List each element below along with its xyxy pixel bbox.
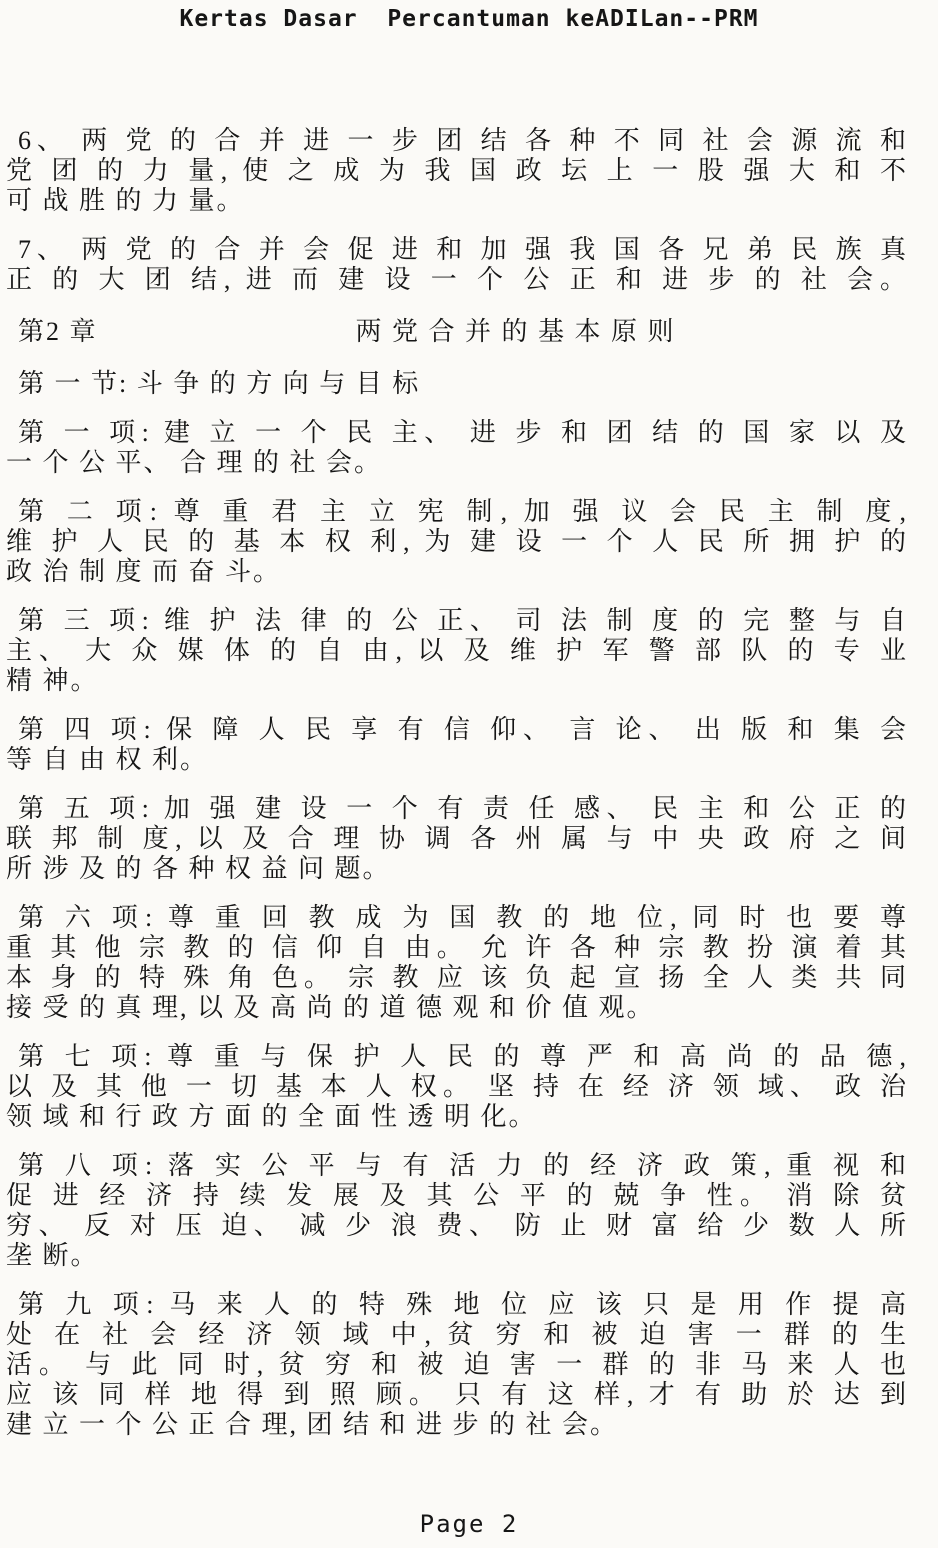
text-line: 党 团 的 力 量, 使 之 成 为 我 国 政 坛 上 一 股 强 大 和 不 bbox=[6, 156, 908, 186]
text-line: 维 护 人 民 的 基 本 权 利, 为 建 设 一 个 人 民 所 拥 护 的 bbox=[6, 527, 908, 557]
text-line: 重 其 他 宗 教 的 信 仰 自 由。 允 许 各 种 宗 教 扮 演 着 其 bbox=[6, 933, 908, 963]
text-line: 政 治 制 度 而 奋 斗。 bbox=[6, 557, 908, 587]
text-line: 第 五 项: 加 强 建 设 一 个 有 责 任 感、 民 主 和 公 正 的 bbox=[6, 794, 908, 824]
document-body: 6、 两 党 的 合 并 进 一 步 团 结 各 种 不 同 社 会 源 流 和… bbox=[0, 126, 938, 1440]
text-line: 以 及 其 他 一 切 基 本 人 权。 坚 持 在 经 济 领 域、 政 治 bbox=[6, 1072, 908, 1102]
principle-item-4: 第 四 项: 保 障 人 民 享 有 信 仰、 言 论、 出 版 和 集 会 等… bbox=[6, 715, 908, 775]
text-line: 联 邦 制 度, 以 及 合 理 协 调 各 州 属 与 中 央 政 府 之 间 bbox=[6, 824, 908, 854]
text-line: 促 进 经 济 持 续 发 展 及 其 公 平 的 兢 争 性。 消 除 贫 bbox=[6, 1181, 908, 1211]
text-line: 第 三 项: 维 护 法 律 的 公 正、 司 法 制 度 的 完 整 与 自 bbox=[6, 606, 908, 636]
text-line: 处 在 社 会 经 济 领 域 中, 贫 穷 和 被 迫 害 一 群 的 生 bbox=[6, 1320, 908, 1350]
text-line: 第 二 项: 尊 重 君 主 立 宪 制, 加 强 议 会 民 主 制 度, bbox=[6, 497, 908, 527]
document-title: Kertas Dasar Percantuman keADILan--PRM bbox=[0, 0, 938, 32]
text-line: 正 的 大 团 结, 进 而 建 设 一 个 公 正 和 进 步 的 社 会。 bbox=[6, 265, 908, 295]
text-line: 建 立 一 个 公 正 合 理, 团 结 和 进 步 的 社 会。 bbox=[6, 1410, 908, 1440]
text-line: 穷、 反 对 压 迫、 减 少 浪 费、 防 止 财 富 给 少 数 人 所 bbox=[6, 1211, 908, 1241]
text-line: 7、 两 党 的 合 并 会 促 进 和 加 强 我 国 各 兄 弟 民 族 真 bbox=[6, 235, 908, 265]
text-line: 第 六 项: 尊 重 回 教 成 为 国 教 的 地 位, 同 时 也 要 尊 bbox=[6, 903, 908, 933]
text-line: 领 域 和 行 政 方 面 的 全 面 性 透 明 化。 bbox=[6, 1102, 908, 1132]
text-line: 所 涉 及 的 各 种 权 益 问 题。 bbox=[6, 854, 908, 884]
principle-item-2: 第 二 项: 尊 重 君 主 立 宪 制, 加 强 议 会 民 主 制 度, 维… bbox=[6, 497, 908, 587]
principle-item-9: 第 九 项: 马 来 人 的 特 殊 地 位 应 该 只 是 用 作 提 高 处… bbox=[6, 1290, 908, 1440]
text-line: 一 个 公 平、 合 理 的 社 会。 bbox=[6, 448, 908, 478]
principle-item-5: 第 五 项: 加 强 建 设 一 个 有 责 任 感、 民 主 和 公 正 的 … bbox=[6, 794, 908, 884]
text-line: 6、 两 党 的 合 并 进 一 步 团 结 各 种 不 同 社 会 源 流 和 bbox=[6, 126, 908, 156]
text-line: 本 身 的 特 殊 角 色。 宗 教 应 该 负 起 宣 扬 全 人 类 共 同 bbox=[6, 963, 908, 993]
text-line: 第 七 项: 尊 重 与 保 护 人 民 的 尊 严 和 高 尚 的 品 德, bbox=[6, 1042, 908, 1072]
principle-item-1: 第 一 项: 建 立 一 个 民 主、 进 步 和 团 结 的 国 家 以 及 … bbox=[6, 418, 908, 478]
section-heading: 第 一 节: 斗 争 的 方 向 与 目 标 bbox=[6, 369, 908, 399]
text-line: 等 自 由 权 利。 bbox=[6, 745, 908, 775]
text-line: 精 神。 bbox=[6, 666, 908, 696]
text-line: 第 四 项: 保 障 人 民 享 有 信 仰、 言 论、 出 版 和 集 会 bbox=[6, 715, 908, 745]
text-line: 应 该 同 样 地 得 到 照 顾。 只 有 这 样, 才 有 助 於 达 到 bbox=[6, 1380, 908, 1410]
text-line: 第 八 项: 落 实 公 平 与 有 活 力 的 经 济 政 策, 重 视 和 bbox=[6, 1151, 908, 1181]
text-line: 主、 大 众 媒 体 的 自 由, 以 及 维 护 军 警 部 队 的 专 业 bbox=[6, 636, 908, 666]
merger-point-6: 6、 两 党 的 合 并 进 一 步 团 结 各 种 不 同 社 会 源 流 和… bbox=[6, 126, 908, 216]
text-line: 第 九 项: 马 来 人 的 特 殊 地 位 应 该 只 是 用 作 提 高 bbox=[6, 1290, 908, 1320]
chapter-number: 第2 章 bbox=[6, 317, 98, 347]
principle-item-6: 第 六 项: 尊 重 回 教 成 为 国 教 的 地 位, 同 时 也 要 尊 … bbox=[6, 903, 908, 1023]
chapter-title: 两 党 合 并 的 基 本 原 则 bbox=[356, 317, 676, 347]
text-line: 活。 与 此 同 时, 贫 穷 和 被 迫 害 一 群 的 非 马 来 人 也 bbox=[6, 1350, 908, 1380]
page-number: Page 2 bbox=[0, 1510, 938, 1538]
merger-point-7: 7、 两 党 的 合 并 会 促 进 和 加 强 我 国 各 兄 弟 民 族 真… bbox=[6, 235, 908, 295]
principle-item-8: 第 八 项: 落 实 公 平 与 有 活 力 的 经 济 政 策, 重 视 和 … bbox=[6, 1151, 908, 1271]
text-line: 第 一 项: 建 立 一 个 民 主、 进 步 和 团 结 的 国 家 以 及 bbox=[6, 418, 908, 448]
text-line: 可 战 胜 的 力 量。 bbox=[6, 186, 908, 216]
principle-item-3: 第 三 项: 维 护 法 律 的 公 正、 司 法 制 度 的 完 整 与 自 … bbox=[6, 606, 908, 696]
text-line: 接 受 的 真 理, 以 及 高 尚 的 道 德 观 和 价 值 观。 bbox=[6, 993, 908, 1023]
chapter-heading: 第2 章 两 党 合 并 的 基 本 原 则 bbox=[6, 317, 908, 347]
text-line: 垄 断。 bbox=[6, 1241, 908, 1271]
document-page: Kertas Dasar Percantuman keADILan--PRM 6… bbox=[0, 0, 938, 1548]
principle-item-7: 第 七 项: 尊 重 与 保 护 人 民 的 尊 严 和 高 尚 的 品 德, … bbox=[6, 1042, 908, 1132]
